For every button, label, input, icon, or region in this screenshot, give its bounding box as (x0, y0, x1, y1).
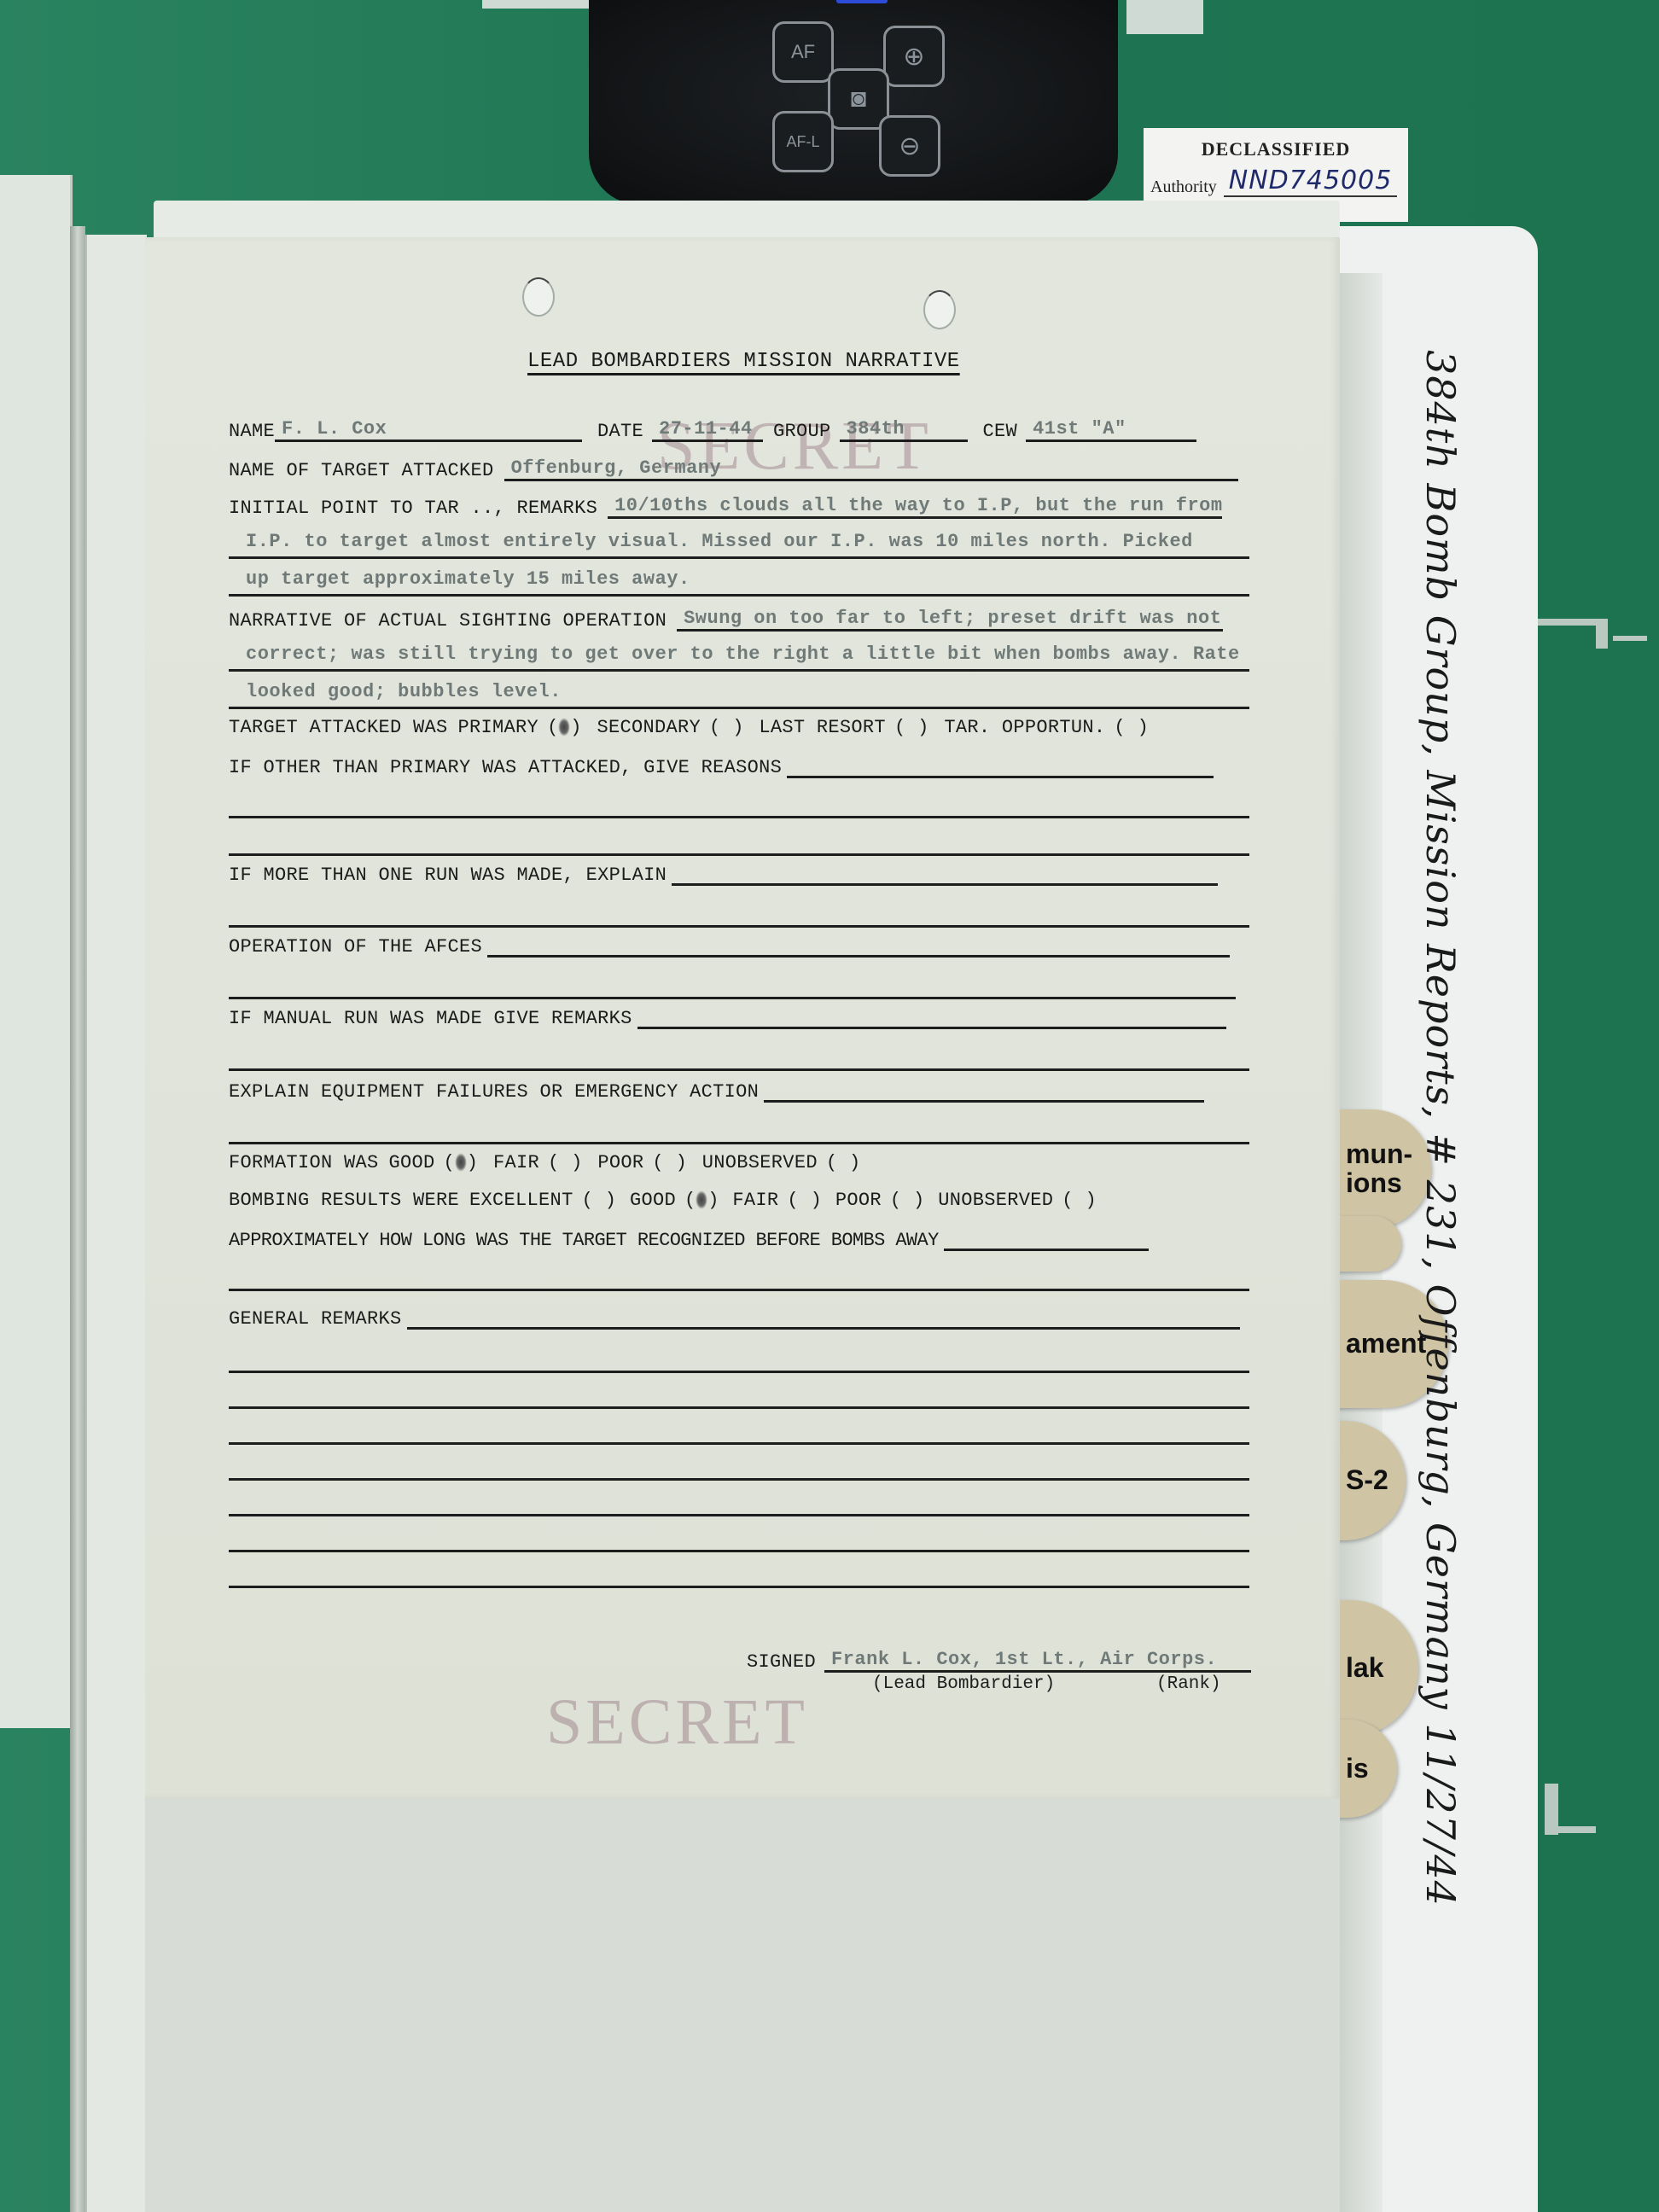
narrative-line-1[interactable]: Swung on too far to left; preset drift w… (677, 608, 1223, 632)
narrative-label: NARRATIVE OF ACTUAL SIGHTING OPERATION (229, 610, 667, 632)
zoom-in-icon[interactable]: ⊕ (883, 26, 945, 87)
left-folder-inner (85, 235, 147, 2212)
bombing-fair-label: FAIR (732, 1190, 778, 1211)
target-type-prefix: TARGET ATTACKED WAS (229, 717, 448, 738)
ip-remarks-line-1[interactable]: 10/10ths clouds all the way to I.P, but … (608, 495, 1222, 519)
row-signed: SIGNED Frank L. Cox, 1st Lt., Air Corps. (747, 1649, 1251, 1673)
divider-tab-label: mun- ions (1346, 1140, 1412, 1197)
rank-caption: (Rank) (1156, 1674, 1221, 1694)
ip-remarks-line-3[interactable]: up target approximately 15 miles away. (246, 568, 690, 590)
target-field[interactable]: Offenburg, Germany (504, 457, 1238, 481)
general-remarks-rule (229, 1514, 1249, 1516)
formation-fair-checkbox[interactable]: () (548, 1152, 582, 1173)
row-ip-remarks: INITIAL POINT TO TAR .., REMARKS 10/10th… (229, 495, 1222, 519)
option-primary-checkbox[interactable]: () (547, 717, 581, 738)
general-remarks-rule (229, 1478, 1249, 1481)
date-field[interactable]: 27-11-44 (652, 418, 763, 442)
option-opportunity-checkbox[interactable]: () (1114, 717, 1148, 738)
general-remarks-field[interactable] (407, 1306, 1240, 1330)
option-opportunity-label: TAR. OPPORTUN. (944, 717, 1105, 738)
afces-label: OPERATION OF THE AFCES (229, 936, 482, 958)
cew-label: CEW (983, 421, 1018, 442)
manual-run-label: IF MANUAL RUN WAS MADE GIVE REMARKS (229, 1008, 632, 1029)
af-label: AF (791, 41, 815, 63)
narrative-rule-2 (229, 669, 1249, 672)
row-target-type: TARGET ATTACKED WAS PRIMARY () SECONDARY… (229, 717, 1149, 738)
recognized-label: APPROXIMATELY HOW LONG WAS THE TARGET RE… (229, 1230, 939, 1251)
zoom-out-icon[interactable]: ⊖ (879, 115, 940, 177)
folder-handwritten-label: 384th Bomb Group, Mission Reports, # 231… (1417, 350, 1464, 1818)
divider-tab-label: S-2 (1346, 1466, 1388, 1495)
punch-hole (522, 277, 555, 317)
more-than-one-run-label: IF MORE THAN ONE RUN WAS MADE, EXPLAIN (229, 864, 667, 886)
formation-good-checkbox[interactable]: () (444, 1152, 478, 1173)
row-more-than-one-run: IF MORE THAN ONE RUN WAS MADE, EXPLAIN (229, 862, 1218, 886)
board-marking (482, 0, 589, 9)
af-icon[interactable]: AF (772, 21, 834, 83)
bombing-poor-checkbox[interactable]: () (890, 1190, 924, 1211)
option-last-resort-label: LAST RESORT (759, 717, 886, 738)
divider-tab-label: lak (1346, 1654, 1383, 1683)
ip-remarks-rule-3 (229, 594, 1249, 597)
bombing-excellent-label: EXCELLENT (469, 1190, 573, 1211)
general-remarks-rule (229, 1406, 1249, 1409)
af-lock-icon[interactable]: AF-L (772, 111, 834, 172)
date-label: DATE (597, 421, 643, 442)
row-formation: FORMATION WAS GOOD () FAIR () POOR () UN… (229, 1152, 860, 1173)
ip-remarks-rule-2 (229, 556, 1249, 559)
manual-run-rule-2 (229, 1068, 1249, 1071)
bombing-unobserved-checkbox[interactable]: () (1062, 1190, 1096, 1211)
option-primary-label: PRIMARY (458, 717, 539, 738)
camera-device: AF ⊕ ◙ AF-L ⊖ (589, 0, 1118, 205)
af-lock-label: AF-L (786, 133, 819, 151)
bombing-excellent-checkbox[interactable]: () (582, 1190, 616, 1211)
bombing-good-checkbox[interactable]: () (684, 1190, 719, 1211)
narrative-line-3[interactable]: looked good; bubbles level. (246, 681, 562, 702)
option-last-resort-checkbox[interactable]: () (894, 717, 928, 738)
row-target: NAME OF TARGET ATTACKED Offenburg, Germa… (229, 457, 1238, 481)
authority-label: Authority (1150, 178, 1217, 197)
afces-field[interactable] (487, 934, 1230, 958)
more-than-one-run-field[interactable] (672, 862, 1218, 886)
other-than-primary-rule-2 (229, 816, 1249, 818)
row-recognized: APPROXIMATELY HOW LONG WAS THE TARGET RE… (229, 1227, 1149, 1251)
row-afces: OPERATION OF THE AFCES (229, 934, 1230, 958)
board-marking (1126, 0, 1203, 34)
name-field[interactable]: F. L. Cox (275, 418, 582, 442)
group-field[interactable]: 384th (840, 418, 968, 442)
ip-remarks-line-2[interactable]: I.P. to target almost entirely visual. M… (246, 531, 1193, 552)
divider-tab-label: ament (1346, 1330, 1426, 1359)
row-other-than-primary: IF OTHER THAN PRIMARY WAS ATTACKED, GIVE… (229, 754, 1214, 778)
afces-rule-2 (229, 997, 1236, 999)
target-label: NAME OF TARGET ATTACKED (229, 460, 494, 481)
bombing-fair-checkbox[interactable]: () (787, 1190, 821, 1211)
other-than-primary-label: IF OTHER THAN PRIMARY WAS ATTACKED, GIVE… (229, 757, 782, 778)
other-than-primary-field[interactable] (787, 754, 1214, 778)
bombing-unobserved-label: UNOBSERVED (938, 1190, 1053, 1211)
bombing-poor-label: POOR (835, 1190, 882, 1211)
recognized-rule-2 (229, 1289, 1249, 1291)
left-folder-edge (70, 226, 85, 2212)
bombing-good-label: GOOD (630, 1190, 676, 1211)
recognized-field[interactable] (944, 1227, 1149, 1251)
board-marking (1545, 1826, 1596, 1833)
row-name-date: NAME F. L. Cox DATE 27-11-44 GROUP 384th… (229, 418, 1196, 442)
group-label: GROUP (773, 421, 831, 442)
board-marking (1613, 636, 1647, 641)
equipment-label: EXPLAIN EQUIPMENT FAILURES OR EMERGENCY … (229, 1081, 759, 1103)
option-secondary-checkbox[interactable]: () (709, 717, 743, 738)
ip-remarks-label: INITIAL POINT TO TAR .., REMARKS (229, 498, 597, 519)
option-secondary-label: SECONDARY (597, 717, 701, 738)
general-remarks-label: GENERAL REMARKS (229, 1308, 402, 1330)
row-equipment: EXPLAIN EQUIPMENT FAILURES OR EMERGENCY … (229, 1079, 1204, 1103)
formation-poor-checkbox[interactable]: () (652, 1152, 686, 1173)
punch-hole (923, 290, 956, 329)
formation-prefix: FORMATION WAS (229, 1152, 379, 1173)
row-bombing-results: BOMBING RESULTS WERE EXCELLENT () GOOD (… (229, 1190, 1097, 1211)
manual-run-field[interactable] (637, 1005, 1226, 1029)
formation-unobserved-label: UNOBSERVED (702, 1152, 818, 1173)
other-than-primary-rule-3 (229, 853, 1249, 856)
row-general-remarks: GENERAL REMARKS (229, 1306, 1240, 1330)
general-remarks-rule (229, 1586, 1249, 1588)
row-manual-run: IF MANUAL RUN WAS MADE GIVE REMARKS (229, 1005, 1226, 1029)
narrative-line-2[interactable]: correct; was still trying to get over to… (246, 643, 1240, 665)
left-folder-stack (0, 175, 73, 1728)
more-than-one-run-rule-2 (229, 925, 1249, 928)
cew-field[interactable]: 41st "A" (1026, 418, 1196, 442)
divider-tab-label: is (1346, 1755, 1369, 1784)
equipment-rule-2 (229, 1142, 1249, 1144)
bombing-results-prefix: BOMBING RESULTS WERE (229, 1190, 459, 1211)
formation-fair-label: FAIR (493, 1152, 539, 1173)
formation-good-label: GOOD (389, 1152, 435, 1173)
general-remarks-rule (229, 1550, 1249, 1552)
formation-poor-label: POOR (597, 1152, 643, 1173)
board-marking (1596, 619, 1608, 649)
authority-value: NND745005 (1224, 166, 1398, 197)
declassified-title: DECLASSIFIED (1150, 138, 1401, 160)
formation-unobserved-checkbox[interactable]: () (826, 1152, 860, 1173)
secret-stamp-bottom: SECRET (546, 1685, 808, 1760)
narrative-rule-3 (229, 707, 1249, 709)
name-label: NAME (229, 421, 275, 442)
signature-field[interactable]: Frank L. Cox, 1st Lt., Air Corps. (824, 1649, 1251, 1673)
signed-label: SIGNED (747, 1651, 816, 1673)
lead-bombardier-caption: (Lead Bombardier) (872, 1674, 1055, 1694)
camera-led (836, 0, 888, 3)
divider-tab-blank[interactable] (1336, 1216, 1401, 1272)
row-narrative: NARRATIVE OF ACTUAL SIGHTING OPERATION S… (229, 608, 1223, 632)
general-remarks-rule (229, 1371, 1249, 1373)
general-remarks-rule (229, 1442, 1249, 1445)
board-marking (1536, 619, 1596, 626)
form-title: LEAD BOMBARDIERS MISSION NARRATIVE (527, 350, 960, 373)
equipment-field[interactable] (764, 1079, 1204, 1103)
